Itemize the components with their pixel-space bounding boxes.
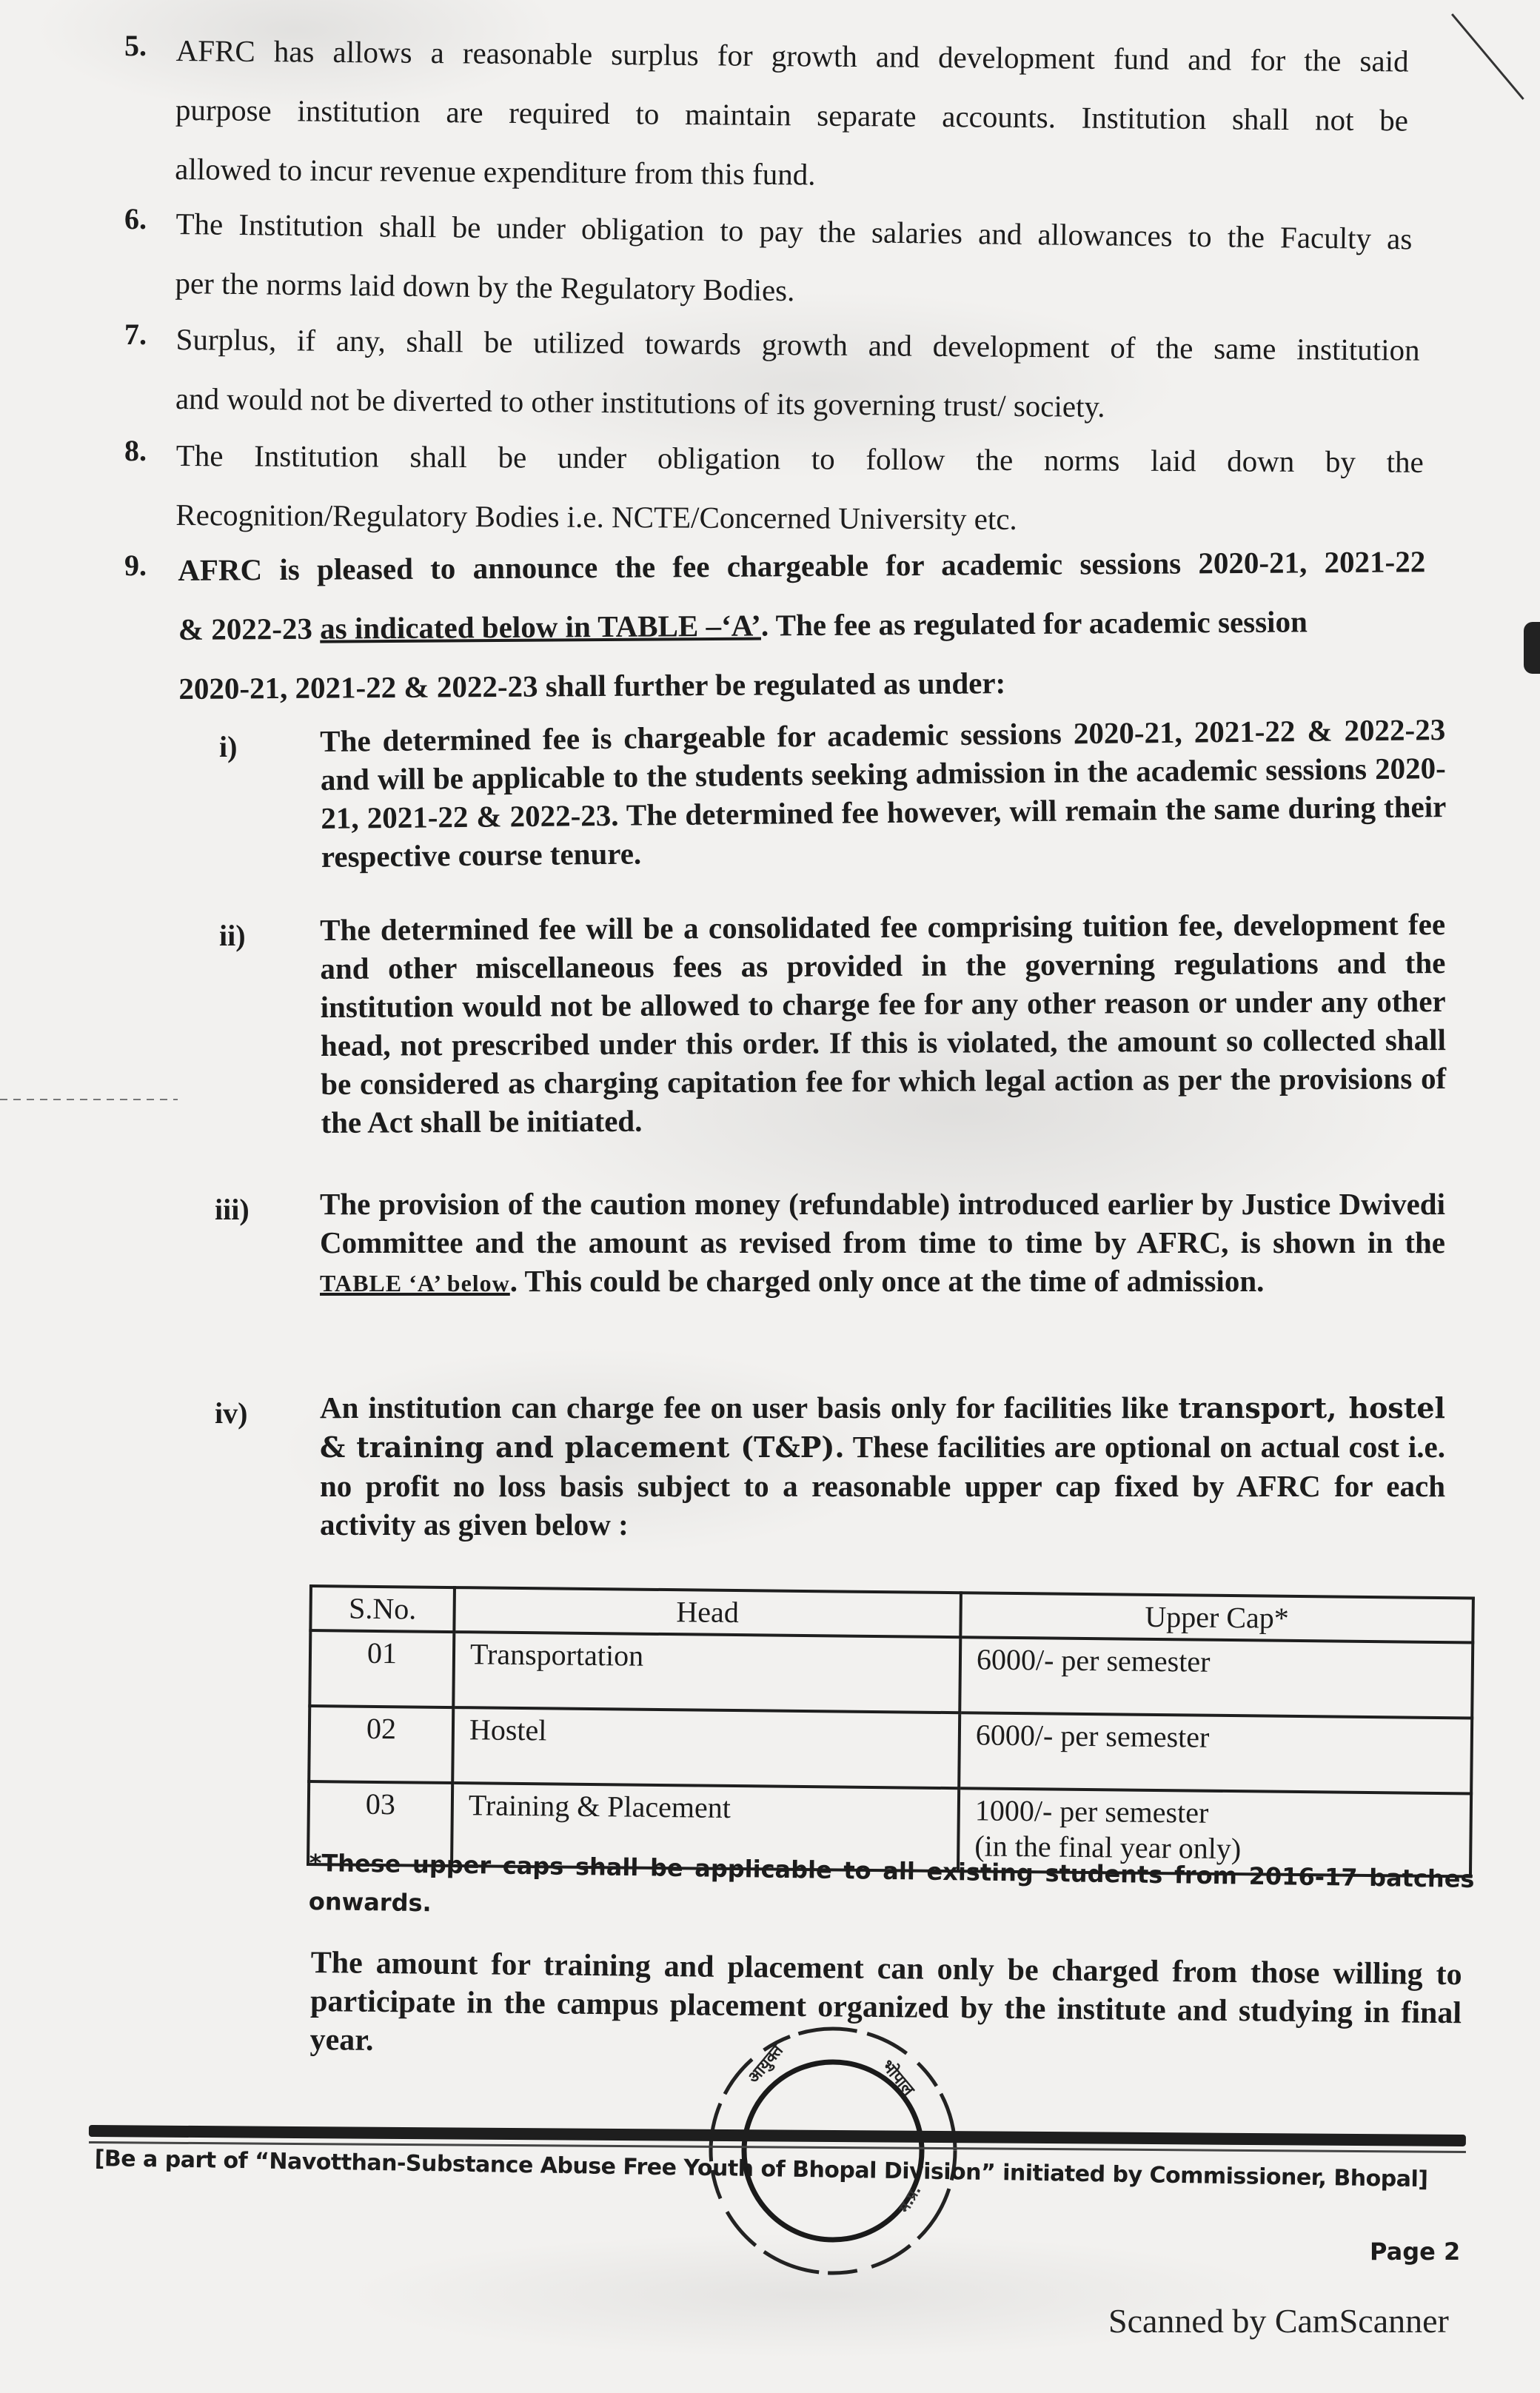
cell-sno: 02 <box>309 1706 453 1783</box>
clause-line: Surplus, if any, shall be utilized towar… <box>175 309 1420 380</box>
clause-line: AFRC has allows a reasonable surplus for… <box>175 21 1409 91</box>
closing-note: The amount for training and placement ca… <box>309 1944 1462 2071</box>
sub-clause-label: i) <box>219 729 237 764</box>
clause-number: 9. <box>124 548 147 583</box>
clause-line: purpose institution are required to main… <box>175 80 1409 150</box>
camscanner-watermark: Scanned by CamScanner <box>1108 2301 1449 2340</box>
clause-text: AFRC is pleased to announce the fee char… <box>178 532 1427 718</box>
clause-line: AFRC is pleased to announce the fee char… <box>178 532 1426 600</box>
sub-clause-text: An institution can charge fee on user ba… <box>320 1388 1445 1544</box>
cell-head: Hostel <box>452 1707 960 1788</box>
clause-text: AFRC has allows a reasonable surplus for… <box>175 21 1409 210</box>
clause-number: 5. <box>124 28 147 63</box>
sub-clause-text: The determined fee is chargeable for aca… <box>320 710 1447 876</box>
table-row: 02 Hostel 6000/- per semester <box>309 1706 1472 1793</box>
clause-line: 2020-21, 2021-22 & 2022-23 shall further… <box>178 650 1427 718</box>
binder-hole-mark <box>1524 622 1540 674</box>
clause-line: The Institution shall be under obligatio… <box>176 426 1424 492</box>
upper-cap-table: S.No. Head Upper Cap* 01 Transportation … <box>307 1584 1475 1878</box>
cell-cap: 6000/- per semester <box>960 1637 1473 1718</box>
clause-text: Surplus, if any, shall be utilized towar… <box>175 309 1420 439</box>
sub-clause-label: iv) <box>215 1396 247 1430</box>
pen-stroke-mark <box>1451 13 1524 100</box>
cell-cap: 6000/- per semester <box>959 1713 1472 1793</box>
cell-sno: 01 <box>309 1630 454 1707</box>
sub-clause-label: ii) <box>219 918 246 953</box>
sub-clause-text: The provision of the caution money (refu… <box>320 1185 1445 1302</box>
page-number: Page 2 <box>1370 2238 1460 2266</box>
svg-text:म.प्र.: म.प्र. <box>894 2182 925 2216</box>
cell-head: Transportation <box>453 1632 960 1713</box>
table-footnote: *These upper caps shall be applicable to… <box>309 1844 1475 1937</box>
scan-artifact-line <box>0 1099 178 1100</box>
table-a-reference: as indicated below in TABLE –‘A’ <box>320 609 761 646</box>
clause-number: 8. <box>124 433 147 468</box>
sub-clause-text: The determined fee will be a consolidate… <box>320 905 1447 1142</box>
table-row: 01 Transportation 6000/- per semester <box>309 1630 1473 1718</box>
column-header-sno: S.No. <box>310 1586 455 1632</box>
clause-text: The Institution shall be under obligatio… <box>175 426 1424 551</box>
clause-text: The Institution shall be under obligatio… <box>175 194 1413 327</box>
table-a-reference: TABLE ‘A’ below <box>320 1270 510 1296</box>
document-page: 5. AFRC has allows a reasonable surplus … <box>0 0 1540 2393</box>
column-header-upper-cap: Upper Cap* <box>960 1593 1473 1642</box>
clause-number: 6. <box>124 201 147 236</box>
sub-clause-label: iii) <box>215 1192 250 1227</box>
clause-line: & 2022-23 as indicated below in TABLE –‘… <box>178 591 1427 659</box>
clause-number: 7. <box>124 317 147 352</box>
column-header-head: Head <box>454 1587 961 1637</box>
footer-slogan: [Be a part of “Navotthan-Substance Abuse… <box>94 2146 1471 2193</box>
